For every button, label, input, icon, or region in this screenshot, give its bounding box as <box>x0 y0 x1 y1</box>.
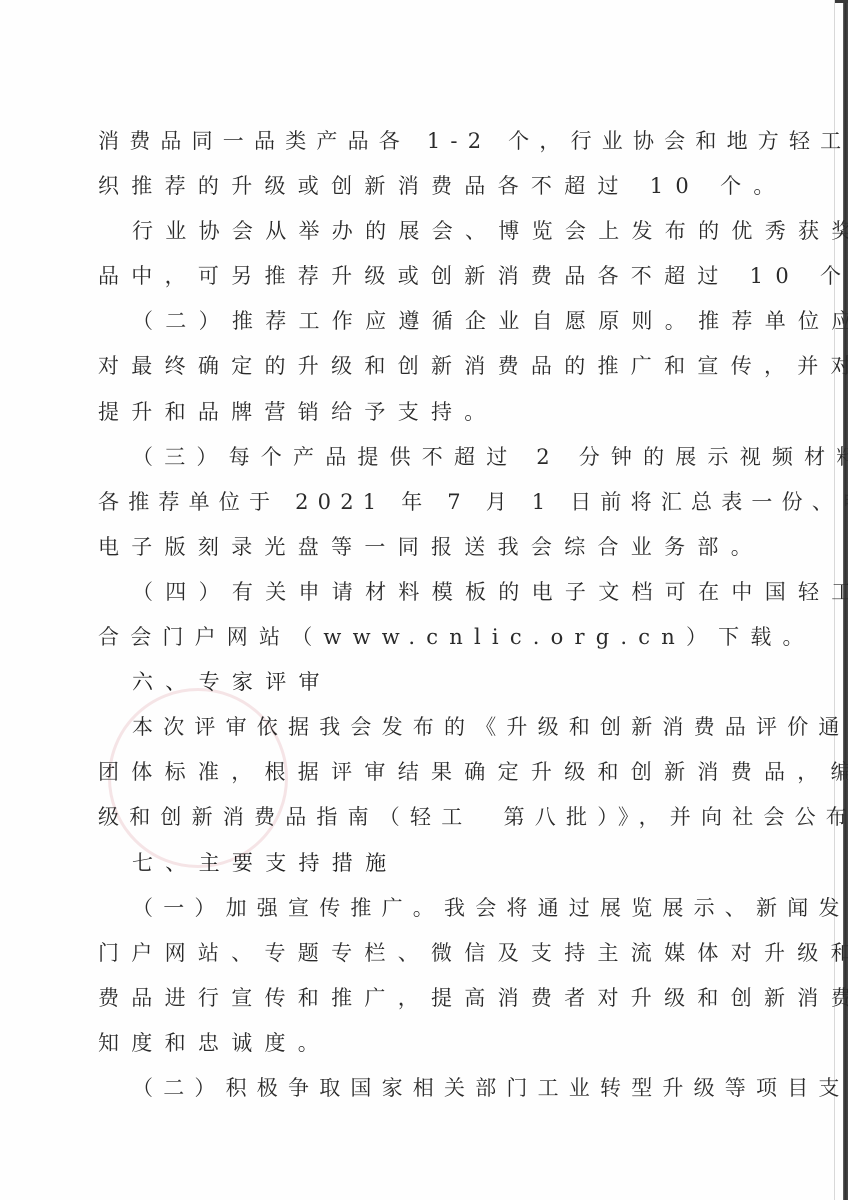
paragraph-line: 提升和品牌营销给予支持。 <box>98 390 758 435</box>
paragraph-line: 团体标准，根据评审结果确定升级和创新消费品，编入《升 <box>98 750 758 795</box>
paragraph-line: 合会门户网站（www.cnlic.org.cn）下载。 <box>98 615 758 660</box>
scanned-document-page: 消费品同一品类产品各 1-2 个，行业协会和地方轻工行业组 织推荐的升级或创新消… <box>0 0 848 1200</box>
paragraph-line: 知度和忠诚度。 <box>98 1021 758 1066</box>
paragraph-line: 对最终确定的升级和创新消费品的推广和宣传，并对其品质 <box>98 344 758 389</box>
paragraph-line: （二）积极争取国家相关部门工业转型升级等项目支持。 <box>98 1066 758 1111</box>
paragraph-line: （三）每个产品提供不超过 2 分钟的展示视频材料，请 <box>98 435 758 480</box>
paragraph-line: 电子版刻录光盘等一同报送我会综合业务部。 <box>98 525 758 570</box>
paragraph-line: 行业协会从举办的展会、博览会上发布的优秀获奖新产 <box>98 209 758 254</box>
scan-edge-corner <box>835 0 848 3</box>
paragraph-line: 费品进行宣传和推广，提高消费者对升级和创新消费品的认 <box>98 976 758 1021</box>
paragraph-line: 织推荐的升级或创新消费品各不超过 10 个。 <box>98 164 758 209</box>
paragraph-line: 级和创新消费品指南（轻工 第八批）》，并向社会公布。 <box>98 795 758 840</box>
paragraph-line: 品中，可另推荐升级或创新消费品各不超过 10 个。 <box>98 254 758 299</box>
paragraph-line: 消费品同一品类产品各 1-2 个，行业协会和地方轻工行业组 <box>98 119 758 164</box>
paragraph-line: 各推荐单位于 2021 年 7 月 1 日前将汇总表一份、申报书一份、 <box>98 480 758 525</box>
paragraph-line: （一）加强宣传推广。我会将通过展览展示、新闻发布、 <box>98 886 758 931</box>
paragraph-line: 门户网站、专题专栏、微信及支持主流媒体对升级和创新消 <box>98 931 758 976</box>
paragraph-line: （四）有关申请材料模板的电子文档可在中国轻工业联 <box>98 570 758 615</box>
paragraph-line: （二）推荐工作应遵循企业自愿原则。推荐单位应加强 <box>98 299 758 344</box>
section-heading-expert-review: 六、专家评审 <box>98 660 758 705</box>
section-heading-support-measures: 七、主要支持措施 <box>98 841 758 886</box>
document-body: 消费品同一品类产品各 1-2 个，行业协会和地方轻工行业组 织推荐的升级或创新消… <box>98 119 758 1111</box>
paragraph-line: 本次评审依据我会发布的《升级和创新消费品评价通则》 <box>98 705 758 750</box>
